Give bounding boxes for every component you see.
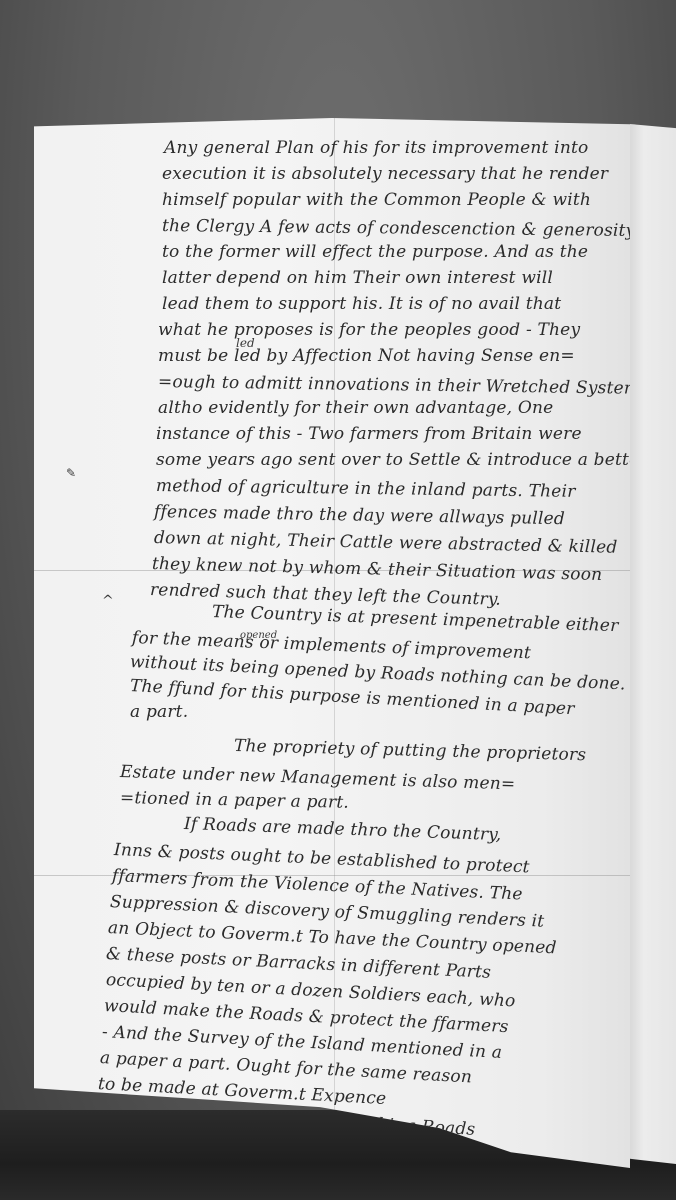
manuscript-page: ✎ ^ Any general Plan of his for its impr… <box>34 118 630 1168</box>
text-line: what he proposes is for the peoples good… <box>158 320 580 340</box>
text-line: some years ago sent over to Settle & int… <box>156 450 648 470</box>
text-line: latter depend on him Their own interest … <box>162 268 553 288</box>
text-line: instance of this - Two farmers from Brit… <box>156 424 582 444</box>
text-line: himself popular with the Common People &… <box>162 190 591 210</box>
text-line: a part. <box>130 702 188 722</box>
text-line: lead them to support his. It is of no av… <box>162 294 561 314</box>
text-line: they knew not by whom & their Situation … <box>152 554 603 585</box>
text-line: must be led by Affection Not having Sens… <box>158 346 575 366</box>
text-line: Any general Plan of his for its improvem… <box>164 138 588 158</box>
text-line: the Clergy A few acts of condescenction … <box>162 216 636 241</box>
text-line: If Roads are made thro the Country, <box>184 814 502 845</box>
interlinear-insertion: led <box>236 336 255 350</box>
text-line: execution it is absolutely necessary tha… <box>162 164 608 184</box>
text-line: method of agriculture in the inland part… <box>156 476 576 502</box>
text-line: =ough to admitt innovations in their Wre… <box>158 372 640 399</box>
text-line: down at night, Their Cattle were abstrac… <box>154 528 618 558</box>
text-line: altho evidently for their own advantage,… <box>158 398 553 418</box>
interlinear-insertion: opened <box>240 630 277 641</box>
text-line: =tioned in a paper a part. <box>120 788 349 813</box>
text-line: to the former will effect the purpose. A… <box>162 242 588 262</box>
text-line: The propriety of putting the proprietors <box>234 736 587 765</box>
handwritten-text: Any general Plan of his for its improvem… <box>34 118 630 1168</box>
adjacent-page-fold <box>630 124 676 1164</box>
text-line: ffences made thro the day were allways p… <box>154 502 565 529</box>
